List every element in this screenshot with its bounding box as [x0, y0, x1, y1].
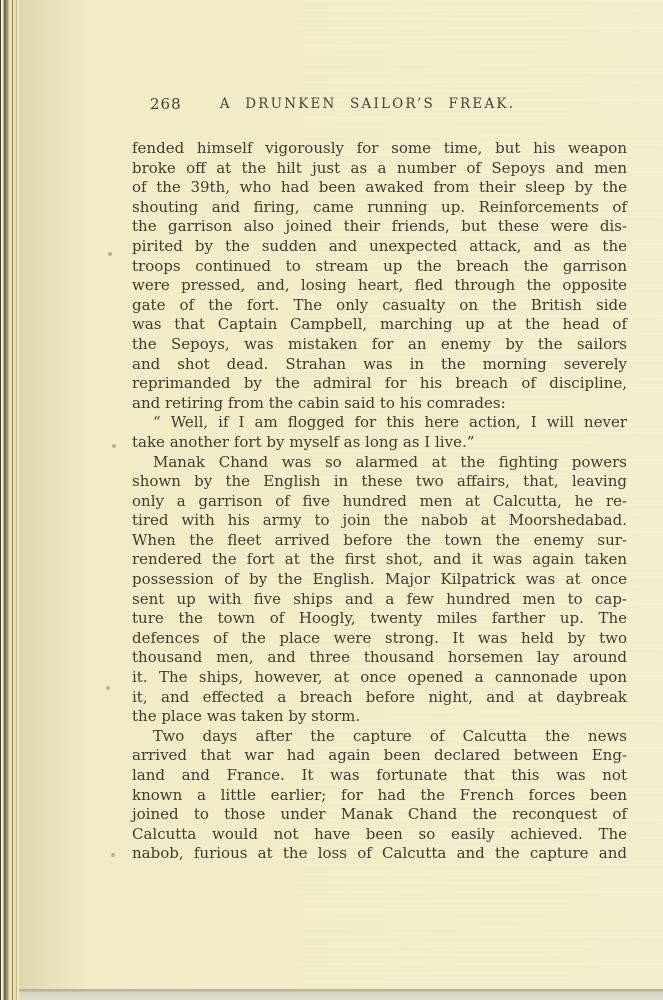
text-line: Two days after the capture of Calcutta t… [132, 727, 627, 747]
text-line: of the 39th, who had been awaked from th… [132, 178, 627, 198]
text-line: pirited by the sudden and unexpected att… [132, 237, 627, 257]
text-line: broke off at the hilt just as a number o… [132, 159, 627, 179]
scan-speck [108, 252, 112, 256]
scan-speck [112, 444, 116, 448]
text-line: was that Captain Campbell, marching up a… [132, 315, 627, 335]
text-line: the Sepoys, was mistaken for an enemy by… [132, 335, 627, 355]
book-binding-edge [0, 0, 22, 1000]
text-line: possession of by the English. Major Kilp… [132, 570, 627, 590]
text-line: were pressed, and, losing heart, fled th… [132, 276, 627, 296]
text-line: defences of the place were strong. It wa… [132, 629, 627, 649]
text-line: land and France. It was fortunate that t… [132, 766, 627, 786]
text-line: the place was taken by storm. [132, 707, 627, 727]
text-line: sent up with five ships and a few hundre… [132, 590, 627, 610]
text-line: arrived that war had again been declared… [132, 746, 627, 766]
text-line: only a garrison of five hundred men at C… [132, 492, 627, 512]
text-line: it. The ships, however, at once opened a… [132, 668, 627, 688]
text-line: it, and effected a breach before night, … [132, 688, 627, 708]
text-line: reprimanded by the admiral for his breac… [132, 374, 627, 394]
text-line: “ Well, if I am flogged for this here ac… [132, 413, 627, 433]
gutter-shadow [19, 0, 89, 1000]
page-header: 268 A DRUNKEN SAILOR’S FREAK. [132, 95, 627, 115]
text-line: joined to those under Manak Chand the re… [132, 805, 627, 825]
text-line: tired with his army to join the nabob at… [132, 511, 627, 531]
text-line: fended himself vigorously for some time,… [132, 139, 627, 159]
text-line: and shot dead. Strahan was in the mornin… [132, 355, 627, 375]
book-page: 268 A DRUNKEN SAILOR’S FREAK. fended him… [0, 0, 663, 1000]
text-line: take another fort by myself as long as I… [132, 433, 627, 453]
text-line: known a little earlier; for had the Fren… [132, 786, 627, 806]
text-line: and retiring from the cabin said to his … [132, 394, 627, 414]
text-line: rendered the fort at the first shot, and… [132, 550, 627, 570]
text-line: gate of the fort. The only casualty on t… [132, 296, 627, 316]
text-line: ture the town of Hoogly, twenty miles fa… [132, 609, 627, 629]
text-line: Calcutta would not have been so easily a… [132, 825, 627, 845]
text-line: shouting and firing, came running up. Re… [132, 198, 627, 218]
text-line: thousand men, and three thousand horseme… [132, 648, 627, 668]
text-line: the garrison also joined their friends, … [132, 217, 627, 237]
text-line: Manak Chand was so alarmed at the fighti… [132, 453, 627, 473]
text-line: troops continued to stream up the breach… [132, 257, 627, 277]
scan-speck [111, 853, 115, 857]
running-title: A DRUNKEN SAILOR’S FREAK. [120, 96, 615, 112]
page-text: fended himself vigorously for some time,… [132, 139, 627, 864]
scan-speck [106, 686, 110, 690]
text-line: When the fleet arrived before the town t… [132, 531, 627, 551]
text-line: shown by the English in these two affair… [132, 472, 627, 492]
page-bottom-edge [16, 989, 663, 1000]
text-line: nabob, furious at the loss of Calcutta a… [132, 844, 627, 864]
